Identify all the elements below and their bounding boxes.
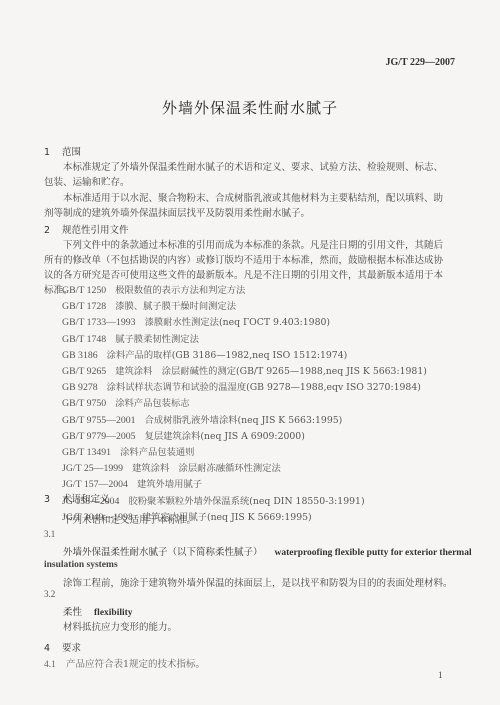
section-2-heading: 2规范性引用文件: [44, 222, 129, 236]
reference-item: GB/T 1250极限数值的表示方法和判定方法: [62, 283, 472, 299]
reference-item: GB/T 9265建筑涂料 涂层耐碱性的测定(GB/T 9265—1988,ne…: [62, 364, 472, 380]
term-zh: 外墙外保温柔性耐水腻子（以下简称柔性腻子）: [63, 547, 263, 558]
standard-code: JG/T 229—2007: [385, 57, 455, 68]
term-number: 3.1: [44, 529, 55, 539]
term-3-1: 外墙外保温柔性耐水腻子（以下简称柔性腻子）waterproofing flexi…: [63, 544, 472, 558]
reference-item: JG/T 25—1999建筑涂料 涂层耐冻融循环性测定法: [62, 461, 472, 477]
reference-list: GB/T 1250极限数值的表示方法和判定方法 GB/T 1728漆膜、腻子膜干…: [62, 283, 472, 526]
section-title: 术语和定义: [62, 494, 110, 505]
section-number: 2: [44, 225, 62, 236]
page-number: 1: [438, 670, 443, 680]
reference-item: GB/T 1728漆膜、腻子膜干燥时间测定法: [62, 299, 472, 315]
scope-paragraph-1: 本标准规定了外墙外保温柔性耐水腻子的术语和定义、要求、试验方法、检验规则、标志、…: [44, 160, 444, 190]
term-number: 3.2: [44, 589, 55, 599]
reference-item: GB/T 1733—1993漆膜耐水性测定法(neq ГОСТ 9.403:19…: [62, 315, 472, 331]
reference-item: GB/T 9755—2001合成树脂乳液外墙涂料(neq JIS K 5663:…: [62, 413, 472, 429]
term-definition: 材料抵抗应力变形的能力。: [63, 619, 177, 633]
section-1-heading: 1范围: [44, 144, 81, 158]
section-title: 范围: [62, 147, 81, 158]
reference-item: GB/T 9750涂料产品包装标志: [62, 396, 472, 412]
reference-item: GB/T 13491涂料产品包装通则: [62, 445, 472, 461]
term-en: waterproofing flexible putty for exterio…: [275, 548, 472, 558]
reference-item: GB/T 1748腻子膜柔韧性测定法: [62, 332, 472, 348]
section-title: 规范性引用文件: [62, 225, 129, 236]
term-definition: 涂饰工程前，施涂于建筑物外墙外保温的抹面层上，是以找平和防裂为目的的表面处理材料…: [63, 575, 453, 589]
section-4-heading: 4要求: [44, 640, 81, 654]
requirement-4-1: 4.1产品应符合表1规定的技术指标。: [44, 656, 205, 670]
reference-item: GB 9278涂料试样状态调节和试验的温湿度(GB 9278—1988,eqv …: [62, 380, 472, 396]
section-title: 要求: [62, 643, 81, 654]
item-text: 产品应符合表1规定的技术指标。: [66, 659, 205, 670]
document-page: JG/T 229—2007 外墙外保温柔性耐水腻子 1范围 本标准规定了外墙外保…: [0, 0, 500, 705]
terms-intro: 下列术语和定义适用于本标准。: [44, 513, 444, 528]
section-number: 3: [44, 494, 62, 505]
item-number: 4.1: [44, 660, 66, 670]
term-zh: 柔性: [63, 607, 82, 618]
scope-paragraph-2: 本标准适用于以水泥、聚合物粉末、合成树脂乳液或其他材料为主要粘结剂，配以填料、助…: [44, 191, 444, 221]
reference-item: GB/T 9779—2005复层建筑涂料(neq JIS A 6909:2000…: [62, 429, 472, 445]
section-number: 1: [44, 147, 62, 158]
reference-item: JG/T 157—2004建筑外墙用腻子: [62, 477, 472, 493]
term-en: flexibility: [94, 608, 133, 618]
document-title: 外墙外保温柔性耐水腻子: [0, 97, 500, 118]
reference-item: GB 3186涂料产品的取样(GB 3186—1982,neq ISO 1512…: [62, 348, 472, 364]
term-3-2: 柔性flexibility: [63, 604, 133, 618]
reference-item: JG 158—2004胶粉聚苯颗粒外墙外保温系统(neq DIN 18550-3…: [62, 494, 472, 510]
section-3-heading: 3术语和定义: [44, 491, 110, 505]
term-en-continuation: insulation systems: [44, 560, 118, 570]
section-number: 4: [44, 643, 62, 654]
